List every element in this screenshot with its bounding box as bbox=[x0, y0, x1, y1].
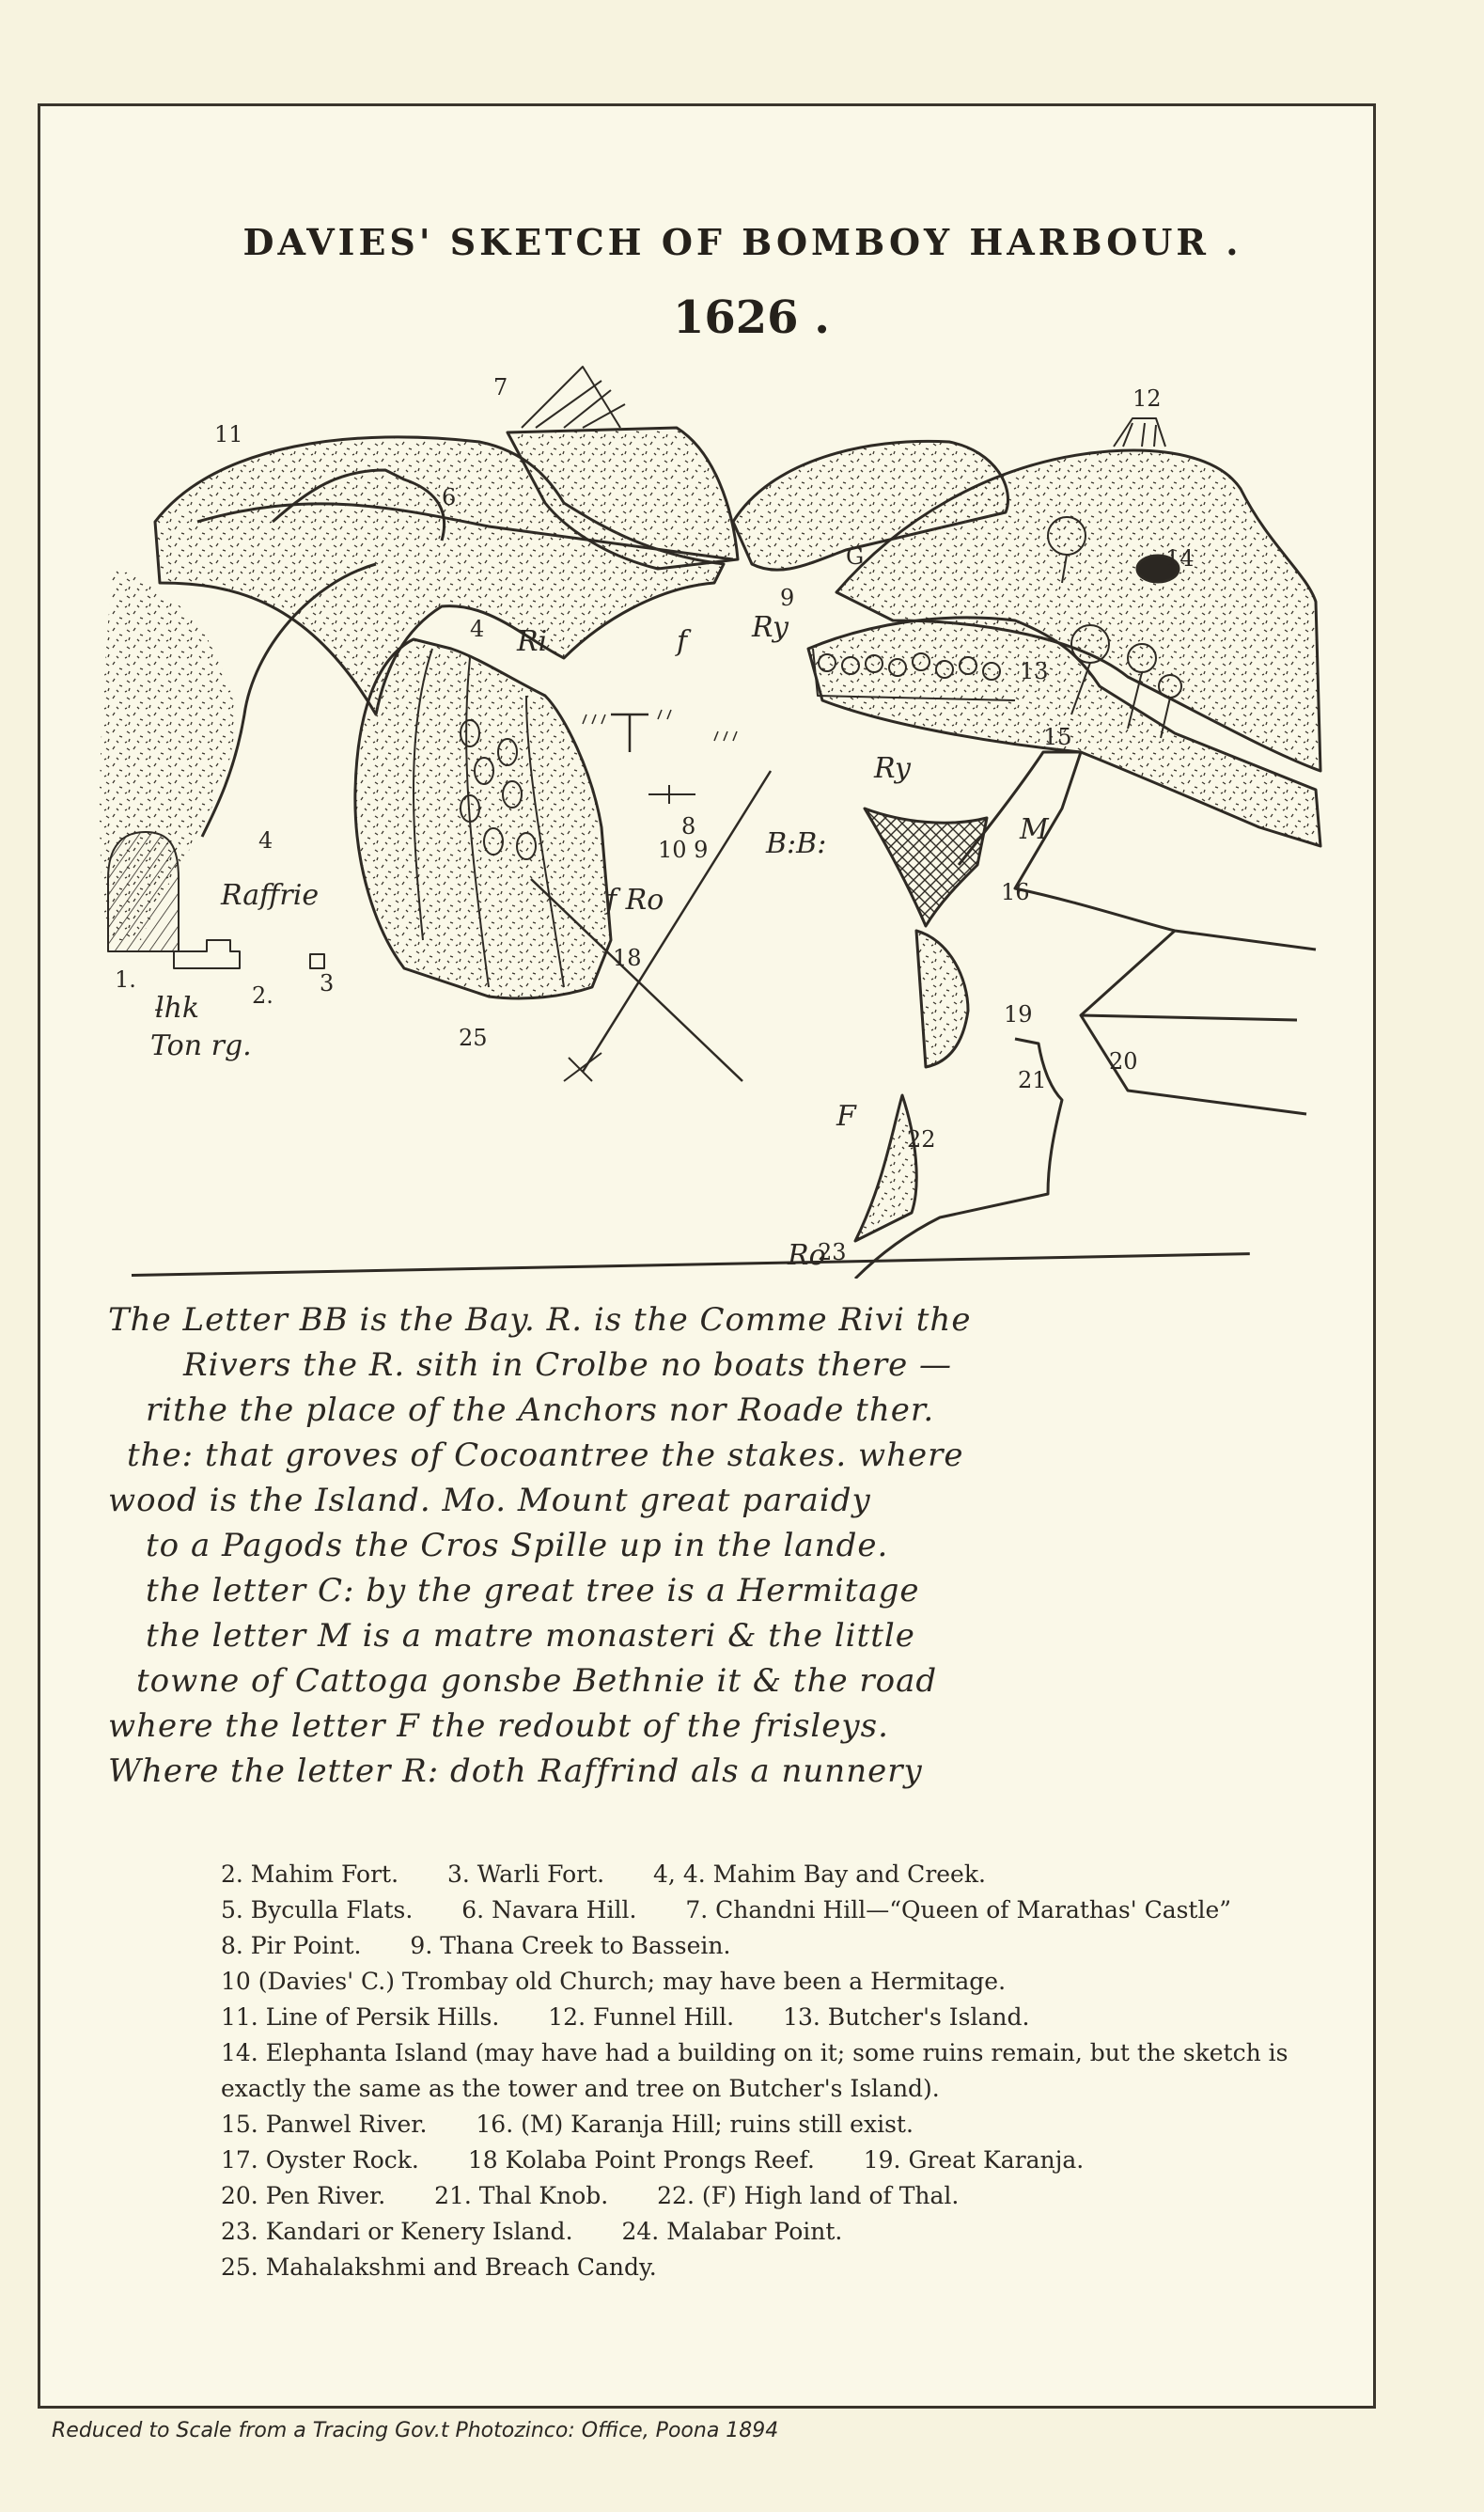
legend-item: 20. Pen River. bbox=[221, 2182, 385, 2209]
legend-item: 12. Funnel Hill. bbox=[548, 2003, 734, 2031]
map-number-label: 1. bbox=[115, 966, 136, 993]
map-script-label: Ri bbox=[517, 625, 547, 658]
map-number-label: 11 bbox=[214, 421, 243, 447]
map-number-label: 21 bbox=[1018, 1067, 1047, 1093]
legend-item: 6. Navara Hill. bbox=[461, 1896, 636, 1923]
map-number-label: G bbox=[846, 543, 864, 570]
map-number-label: 7 bbox=[493, 374, 508, 400]
map-number-label: 3 bbox=[320, 970, 334, 997]
legend-row: 15. Panwel River. 16. (M) Karanja Hill; … bbox=[221, 2107, 1311, 2143]
map-number-label: 15 bbox=[1043, 724, 1072, 750]
handwriting-line: towne of Cattoga gonsbe Bethnie it & the… bbox=[108, 1658, 1292, 1703]
map-number-label: 16 bbox=[1001, 879, 1030, 905]
source-caption: Reduced to Scale from a Tracing Gov.t Ph… bbox=[52, 2419, 778, 2442]
legend-item: 3. Warli Fort. bbox=[447, 1860, 604, 1888]
handwriting-line: the letter C: by the great tree is a Her… bbox=[108, 1568, 1292, 1613]
map-script-label: Raffrie bbox=[221, 879, 319, 912]
water-marks bbox=[583, 710, 737, 741]
map-number-label: 4 bbox=[470, 616, 484, 642]
handwriting-line: Where the letter R: doth Raffrind als a … bbox=[108, 1749, 1292, 1794]
map-number-label: 8 bbox=[681, 813, 695, 840]
fort-3-icon bbox=[310, 954, 324, 968]
legend-item: 11. Line of Persik Hills. bbox=[221, 2003, 499, 2031]
legend-item: 23. Kandari or Kenery Island. bbox=[221, 2218, 573, 2245]
legend-item: 22. (F) High land of Thal. bbox=[657, 2182, 959, 2209]
map-number-label: 4 bbox=[258, 827, 273, 854]
handwriting-line: wood is the Island. Mo. Mount great para… bbox=[108, 1478, 1292, 1523]
tower-7-icon bbox=[522, 367, 625, 428]
legend-item: 8. Pir Point. bbox=[221, 1932, 361, 1959]
legend-row: 2. Mahim Fort. 3. Warli Fort. 4, 4. Mahi… bbox=[221, 1857, 1311, 1892]
legend-row: 23. Kandari or Kenery Island. 24. Malaba… bbox=[221, 2214, 1311, 2250]
legend-row: 25. Mahalakshmi and Breach Candy. bbox=[221, 2250, 1311, 2285]
map-script-label: Ton rg. bbox=[150, 1029, 252, 1062]
handwriting-line: rithe the place of the Anchors nor Roade… bbox=[108, 1388, 1292, 1433]
map-script-label: f Ro bbox=[606, 884, 664, 917]
handwriting-line: the: that groves of Cocoantree the stake… bbox=[108, 1433, 1292, 1478]
handwriting-line: the letter M is a matre monasteri & the … bbox=[108, 1613, 1292, 1658]
legend-item: 18 Kolaba Point Prongs Reef. bbox=[468, 2146, 815, 2174]
map-number-label: 20 bbox=[1109, 1048, 1138, 1075]
legend-item: 15. Panwel River. bbox=[221, 2111, 427, 2138]
legend-item: 25. Mahalakshmi and Breach Candy. bbox=[221, 2253, 657, 2281]
legend-item: 10 (Davies' C.) Trombay old Church; may … bbox=[221, 1968, 1006, 1995]
anchor-icon bbox=[611, 714, 648, 752]
map-script-label: B:B: bbox=[766, 827, 826, 860]
legend-item: 17. Oyster Rock. bbox=[221, 2146, 419, 2174]
legend-item: 21. Thal Knob. bbox=[434, 2182, 608, 2209]
map-number-label: 10 9 bbox=[658, 837, 708, 863]
map-script-label: Ry bbox=[874, 752, 911, 785]
map-legend: 2. Mahim Fort. 3. Warli Fort. 4, 4. Mahi… bbox=[221, 1857, 1311, 2285]
great-karanja-19 bbox=[916, 931, 968, 1067]
legend-row: 20. Pen River. 21. Thal Knob. 22. (F) Hi… bbox=[221, 2178, 1311, 2214]
map-script-label: Ro bbox=[788, 1239, 826, 1272]
map-number-label: 2. bbox=[252, 982, 273, 1009]
legend-row: 14. Elephanta Island (may have had a bui… bbox=[221, 2035, 1311, 2107]
legend-row: 11. Line of Persik Hills. 12. Funnel Hil… bbox=[221, 2000, 1311, 2035]
legend-item: 2. Mahim Fort. bbox=[221, 1860, 398, 1888]
legend-item: 4, 4. Mahim Bay and Creek. bbox=[653, 1860, 986, 1888]
map-title: DAVIES' SKETCH OF BOMBOY HARBOUR . bbox=[141, 221, 1344, 263]
map-script-label: F bbox=[836, 1100, 856, 1133]
legend-item: 5. Byculla Flats. bbox=[221, 1896, 413, 1923]
map-script-label: ƚhk bbox=[155, 992, 199, 1025]
map-number-label: 22 bbox=[907, 1126, 936, 1153]
map-number-label: 13 bbox=[1020, 658, 1049, 684]
map-number-label: 14 bbox=[1165, 545, 1195, 572]
handwriting-line: where the letter F the redoubt of the fr… bbox=[108, 1703, 1292, 1749]
map-number-label: 9 bbox=[780, 585, 794, 611]
highland-22 bbox=[855, 1095, 916, 1241]
handwriting-line: The Letter BB is the Bay. R. is the Comm… bbox=[108, 1297, 1292, 1342]
mahim-fort-icon bbox=[108, 832, 179, 951]
legend-item: 16. (M) Karanja Hill; ruins still exist. bbox=[476, 2111, 914, 2138]
map-number-label: 25 bbox=[459, 1025, 488, 1051]
legend-row: 17. Oyster Rock. 18 Kolaba Point Prongs … bbox=[221, 2143, 1311, 2178]
map-script-label: Ry bbox=[752, 611, 789, 644]
map-year: 1626 . bbox=[0, 291, 1484, 344]
legend-item: 14. Elephanta Island (may have had a bui… bbox=[221, 2039, 1288, 2102]
map-script-label: M bbox=[1020, 813, 1049, 846]
handwritten-note: The Letter BB is the Bay. R. is the Comm… bbox=[108, 1297, 1292, 1794]
warli-fort-icon bbox=[174, 940, 240, 968]
legend-item: 19. Great Karanja. bbox=[864, 2146, 1084, 2174]
legend-item: 24. Malabar Point. bbox=[621, 2218, 842, 2245]
map-number-label: 19 bbox=[1004, 1001, 1033, 1028]
legend-item: 13. Butcher's Island. bbox=[783, 2003, 1029, 2031]
map-number-label: 18 bbox=[613, 945, 642, 971]
tower-12-icon bbox=[1114, 418, 1165, 447]
karanja-hill-16 bbox=[865, 809, 987, 926]
legend-row: 5. Byculla Flats. 6. Navara Hill. 7. Cha… bbox=[221, 1892, 1311, 1928]
legend-item: 7. Chandni Hill—“Queen of Marathas' Cast… bbox=[685, 1896, 1231, 1923]
handwriting-line: Rivers the R. sith in Crolbe no boats th… bbox=[108, 1342, 1292, 1388]
handwriting-line: to a Pagods the Cros Spille up in the la… bbox=[108, 1523, 1292, 1568]
map-number-label: 12 bbox=[1133, 385, 1162, 412]
anchor-icon bbox=[648, 785, 695, 804]
map-number-label: 6 bbox=[442, 484, 456, 510]
legend-item: 9. Thana Creek to Bassein. bbox=[410, 1932, 730, 1959]
legend-row: 8. Pir Point. 9. Thana Creek to Bassein. bbox=[221, 1928, 1311, 1964]
legend-row: 10 (Davies' C.) Trombay old Church; may … bbox=[221, 1964, 1311, 2000]
map-script-label: f bbox=[677, 625, 687, 658]
harbour-sketch-map bbox=[38, 348, 1372, 1279]
